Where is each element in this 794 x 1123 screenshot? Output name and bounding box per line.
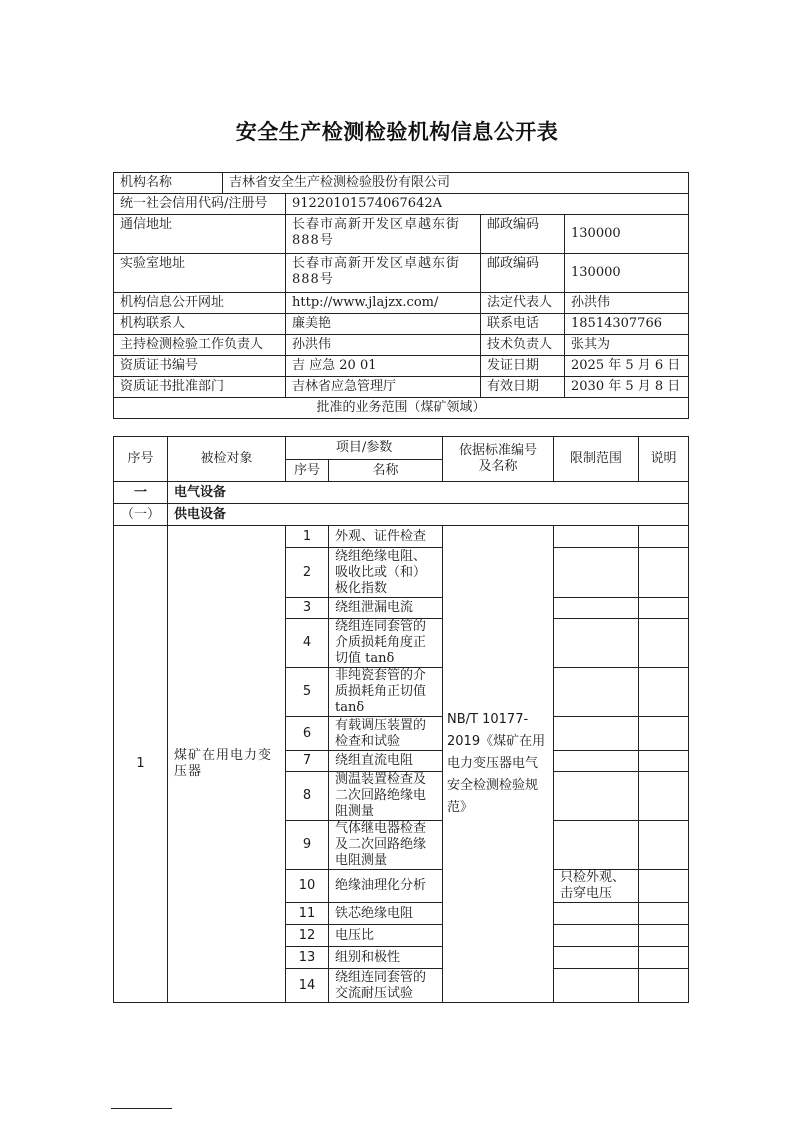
phone-label: 联系电话 xyxy=(481,314,565,335)
row-org-name: 机构名称 吉林省安全生产检测检验股份有限公司 xyxy=(114,173,689,194)
subcategory-row: （一） 供电设备 xyxy=(114,504,689,526)
mail-postcode: 130000 xyxy=(565,215,689,254)
legal-rep-label: 法定代表人 xyxy=(481,293,565,314)
row-lab-address: 实验室地址 长春市高新开发区卓越东街888号 邮政编码 130000 xyxy=(114,254,689,293)
page-title: 安全生产检测检验机构信息公开表 xyxy=(0,116,794,146)
item-name: 非纯瓷套管的介质损耗角正切值 tanδ xyxy=(329,668,443,717)
item-name: 组别和极性 xyxy=(329,947,443,969)
item-name: 绕组连同套管的交流耐压试验 xyxy=(329,969,443,1003)
website-link[interactable]: http://www.jlajzx.com/ xyxy=(286,293,481,314)
item-seq: 5 xyxy=(286,668,329,717)
header-item-seq: 序号 xyxy=(286,460,329,482)
item-seq: 4 xyxy=(286,619,329,668)
item-seq: 9 xyxy=(286,821,329,870)
header-standard: 依据标准编号及名称 xyxy=(443,437,554,482)
header-limit: 限制范围 xyxy=(554,437,639,482)
cert-no-label: 资质证书编号 xyxy=(114,356,286,377)
tech-lead: 张其为 xyxy=(565,335,689,356)
item-limit xyxy=(554,947,639,969)
object-standard: NB/T 10177-2019《煤矿在用电力变压器电气安全检测检验规范》 xyxy=(443,526,554,1003)
row-approver: 资质证书批准部门 吉林省应急管理厅 有效日期 2030 年 5 月 8 日 xyxy=(114,377,689,398)
mail-address: 长春市高新开发区卓越东街888号 xyxy=(286,215,481,254)
item-name: 有载调压装置的检查和试验 xyxy=(329,717,443,751)
contact-label: 机构联系人 xyxy=(114,314,286,335)
item-seq: 10 xyxy=(286,870,329,903)
item-seq: 6 xyxy=(286,717,329,751)
item-note xyxy=(639,526,689,548)
approver-label: 资质证书批准部门 xyxy=(114,377,286,398)
mail-postcode-label: 邮政编码 xyxy=(481,215,565,254)
header-seq: 序号 xyxy=(114,437,168,482)
item-limit xyxy=(554,717,639,751)
issue-date-label: 发证日期 xyxy=(481,356,565,377)
header-note: 说明 xyxy=(639,437,689,482)
contact: 廉美艳 xyxy=(286,314,481,335)
item-note xyxy=(639,619,689,668)
item-seq: 13 xyxy=(286,947,329,969)
item-seq: 1 xyxy=(286,526,329,548)
info-table: 机构名称 吉林省安全生产检测检验股份有限公司 统一社会信用代码/注册号 9122… xyxy=(113,172,689,419)
credit-code: 91220101574067642A xyxy=(286,194,689,215)
tech-lead-label: 技术负责人 xyxy=(481,335,565,356)
item-seq: 2 xyxy=(286,548,329,598)
item-note xyxy=(639,870,689,903)
object-seq: 1 xyxy=(114,526,168,1003)
item-name: 测温装置检查及二次回路绝缘电阻测量 xyxy=(329,772,443,821)
item-note xyxy=(639,947,689,969)
row-website: 机构信息公开网址 http://www.jlajzx.com/ 法定代表人 孙洪… xyxy=(114,293,689,314)
item-limit xyxy=(554,619,639,668)
row-cert-no: 资质证书编号 吉 应急 20 01 发证日期 2025 年 5 月 6 日 xyxy=(114,356,689,377)
item-seq: 11 xyxy=(286,903,329,925)
website-label: 机构信息公开网址 xyxy=(114,293,286,314)
item-limit xyxy=(554,598,639,619)
header-item-name: 名称 xyxy=(329,460,443,482)
lab-postcode: 130000 xyxy=(565,254,689,293)
row-mail-address: 通信地址 长春市高新开发区卓越东街888号 邮政编码 130000 xyxy=(114,215,689,254)
valid-date: 2030 年 5 月 8 日 xyxy=(565,377,689,398)
lead: 孙洪伟 xyxy=(286,335,481,356)
item-limit xyxy=(554,668,639,717)
approver: 吉林省应急管理厅 xyxy=(286,377,481,398)
item-note xyxy=(639,751,689,772)
org-name-label: 机构名称 xyxy=(114,173,223,194)
subcategory-seq: （一） xyxy=(114,504,168,526)
mail-address-label: 通信地址 xyxy=(114,215,286,254)
item-name: 电压比 xyxy=(329,925,443,947)
footnote-separator xyxy=(111,1108,172,1109)
lab-address-label: 实验室地址 xyxy=(114,254,286,293)
item-limit xyxy=(554,969,639,1003)
cert-no: 吉 应急 20 01 xyxy=(286,356,481,377)
item-limit xyxy=(554,925,639,947)
header-object: 被检对象 xyxy=(168,437,286,482)
item-note xyxy=(639,668,689,717)
row-scope-title: 批准的业务范围（煤矿领域） xyxy=(114,398,689,419)
item-name: 气体继电器检查及二次回路绝缘电阻测量 xyxy=(329,821,443,870)
phone: 18514307766 xyxy=(565,314,689,335)
item-seq: 8 xyxy=(286,772,329,821)
valid-date-label: 有效日期 xyxy=(481,377,565,398)
item-limit xyxy=(554,821,639,870)
credit-code-label: 统一社会信用代码/注册号 xyxy=(114,194,286,215)
item-name: 绕组连同套管的介质损耗角度正切值 tanδ xyxy=(329,619,443,668)
table-row: 1 煤矿在用电力变压器 1 外观、证件检查 NB/T 10177-2019《煤矿… xyxy=(114,526,689,548)
item-name: 绕组泄漏电流 xyxy=(329,598,443,619)
subcategory-name: 供电设备 xyxy=(168,504,689,526)
item-limit xyxy=(554,526,639,548)
item-limit xyxy=(554,548,639,598)
scope-table: 序号 被检对象 项目/参数 依据标准编号及名称 限制范围 说明 序号 名称 一 … xyxy=(113,436,689,1003)
item-note xyxy=(639,717,689,751)
category-seq: 一 xyxy=(114,482,168,504)
header-item-param: 项目/参数 xyxy=(286,437,443,460)
item-name: 铁芯绝缘电阻 xyxy=(329,903,443,925)
item-note xyxy=(639,821,689,870)
item-seq: 3 xyxy=(286,598,329,619)
row-credit-code: 统一社会信用代码/注册号 91220101574067642A xyxy=(114,194,689,215)
category-name: 电气设备 xyxy=(168,482,689,504)
item-seq: 7 xyxy=(286,751,329,772)
item-seq: 14 xyxy=(286,969,329,1003)
item-note xyxy=(639,598,689,619)
item-name: 绕组直流电阻 xyxy=(329,751,443,772)
item-note xyxy=(639,925,689,947)
lead-label: 主持检测检验工作负责人 xyxy=(114,335,286,356)
issue-date: 2025 年 5 月 6 日 xyxy=(565,356,689,377)
item-seq: 12 xyxy=(286,925,329,947)
item-name: 绝缘油理化分析 xyxy=(329,870,443,903)
row-lead: 主持检测检验工作负责人 孙洪伟 技术负责人 张其为 xyxy=(114,335,689,356)
scope-title: 批准的业务范围（煤矿领域） xyxy=(114,398,689,419)
item-note xyxy=(639,548,689,598)
item-limit xyxy=(554,751,639,772)
lab-address: 长春市高新开发区卓越东街888号 xyxy=(286,254,481,293)
item-limit xyxy=(554,903,639,925)
org-name: 吉林省安全生产检测检验股份有限公司 xyxy=(223,173,689,194)
object-name: 煤矿在用电力变压器 xyxy=(168,526,286,1003)
row-contact: 机构联系人 廉美艳 联系电话 18514307766 xyxy=(114,314,689,335)
item-name: 外观、证件检查 xyxy=(329,526,443,548)
item-note xyxy=(639,969,689,1003)
lab-postcode-label: 邮政编码 xyxy=(481,254,565,293)
item-limit xyxy=(554,772,639,821)
category-row: 一 电气设备 xyxy=(114,482,689,504)
item-limit: 只检外观、击穿电压 xyxy=(554,870,639,903)
item-note xyxy=(639,903,689,925)
legal-rep: 孙洪伟 xyxy=(565,293,689,314)
item-name: 绕组绝缘电阻、吸收比或（和）极化指数 xyxy=(329,548,443,598)
item-note xyxy=(639,772,689,821)
